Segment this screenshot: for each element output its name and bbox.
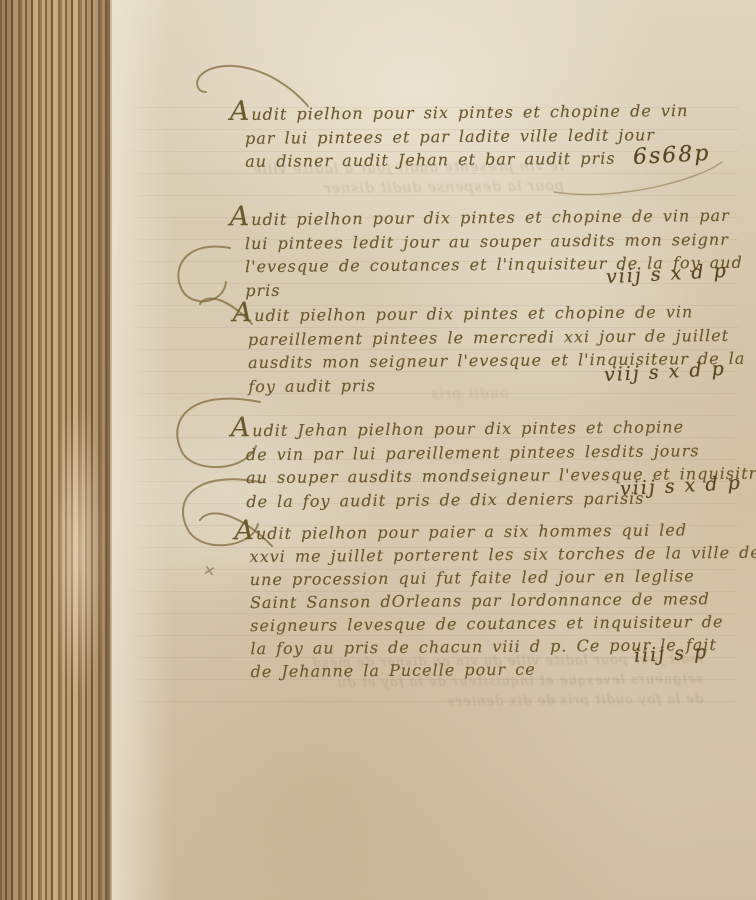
entry-amount: 6s68p <box>632 141 711 170</box>
entry-line: par lui pintees et par ladite ville ledi… <box>230 122 689 150</box>
manuscript-photo: le vin presente audit jour a ladite vill… <box>0 0 756 900</box>
entry-amount: iiij s p <box>633 641 708 667</box>
entry-line: Audit pielhon pour dix pintes et chopine… <box>233 297 746 328</box>
bleedthrough-line: de la foy audit pris de dix deniers <box>312 690 703 714</box>
entry-line: au disner audit Jehan et bar audit pris <box>230 146 689 174</box>
entry-line: Audit pielhon pour dix pintes et chopine… <box>230 201 743 232</box>
bleedthrough-line: pour la despense dudit disner <box>252 176 564 199</box>
ledger-entry: Audit pielhon pour dix pintes et chopine… <box>230 201 743 302</box>
ledger-entry: Audit pielhon pour dix pintes et chopine… <box>233 297 746 398</box>
page-fold-edge <box>107 0 112 900</box>
entry-line: Audit pielhon pour six pintes et chopine… <box>230 96 689 127</box>
ledger-entry: Audit Jehan pielhon pour dix pintes et c… <box>231 412 756 514</box>
entry-line: Audit Jehan pielhon pour dix pintes et c… <box>231 412 756 443</box>
gutter-bulge-highlight <box>52 400 104 700</box>
ledger-entry: Audit pielhon pour six pintes et chopine… <box>230 96 689 173</box>
